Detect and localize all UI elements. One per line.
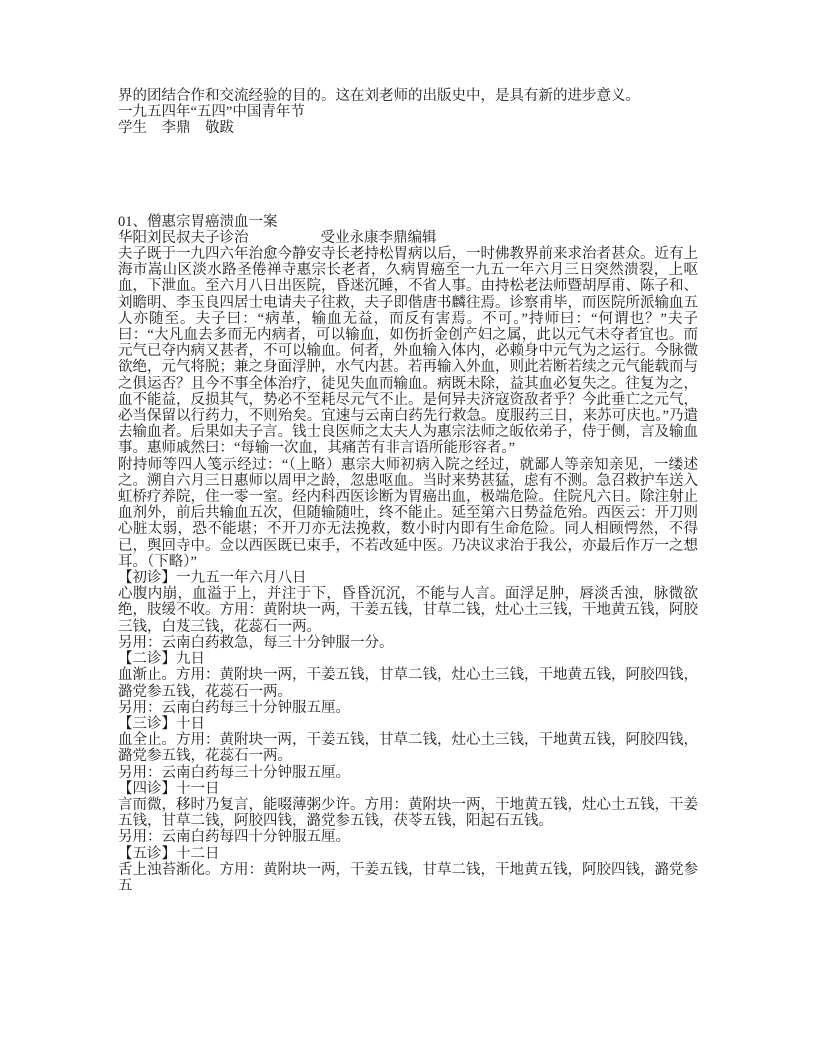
- preface-date-line: 一九五四年“五四”中国青年节: [118, 104, 698, 120]
- prescription-fourth: 言而微，移时乃复言，能啜薄粥少许。方用：黄附块一两，干地黄五钱，灶心土五钱，干姜…: [118, 797, 698, 829]
- preface-signature-line: 学生 李鼎 敬跋: [118, 120, 698, 136]
- visit-heading-second: 【二诊】九日: [118, 651, 698, 667]
- attendants-note-paragraph: 附持师等四人笺示经过：“（上略）惠宗大师初病入院之经过，就鄙人等亲知亲见，一缕述…: [118, 457, 698, 570]
- visit-heading-fifth: 【五诊】十二日: [118, 846, 698, 862]
- prescription-third: 血全止。方用：黄附块一两，干姜五钱，甘草二钱，灶心土三钱，干地黄五钱，阿胶四钱，…: [118, 732, 698, 764]
- document-page: 界的团结合作和交流经验的目的。这在刘老师的出版史中，是具有新的进步意义。一九五四…: [0, 0, 816, 1056]
- prescription-first: 心腹内崩，血溢于上，并注于下，昏昏沉沉，不能与人言。面浮足肿，唇淡舌浊，脉微欲绝…: [118, 586, 698, 635]
- document-body: 界的团结合作和交流经验的目的。这在刘老师的出版史中，是具有新的进步意义。一九五四…: [118, 88, 698, 894]
- adjunct-note-third: 另用：云南白药每三十分钟服五厘。: [118, 765, 698, 781]
- prescription-fifth-truncated: 舌上浊苔渐化。方用：黄附块一两，干姜五钱，甘草二钱，干地黄五钱，阿胶四钱，潞党参…: [118, 862, 698, 894]
- visit-heading-first: 【初诊】一九五一年六月八日: [118, 570, 698, 586]
- byline-physician: 华阳刘民叔夫子诊治: [118, 230, 249, 246]
- adjunct-note-second: 另用：云南白药每三十分钟服五厘。: [118, 700, 698, 716]
- visit-heading-fourth: 【四诊】十一日: [118, 781, 698, 797]
- case-title: 01、僧惠宗胃癌溃血一案: [118, 214, 698, 230]
- adjunct-note-first: 另用：云南白药救急，每三十分钟服一分。: [118, 635, 698, 651]
- vertical-gap: [118, 137, 698, 214]
- adjunct-note-fourth: 另用：云南白药每四十分钟服五厘。: [118, 829, 698, 845]
- prescription-second: 血渐止。方用：黄附块一两，干姜五钱，甘草二钱，灶心土三钱，干地黄五钱，阿胶四钱，…: [118, 667, 698, 699]
- byline: 华阳刘民叔夫子诊治受业永康李鼎编辑: [118, 230, 698, 246]
- byline-editor: 受业永康李鼎编辑: [321, 230, 437, 246]
- visit-heading-third: 【三诊】十日: [118, 716, 698, 732]
- preface-line: 界的团结合作和交流经验的目的。这在刘老师的出版史中，是具有新的进步意义。: [118, 88, 698, 104]
- case-narrative-paragraph: 夫子既于一九四六年治愈今静安寺长老持松胃病以后，一时佛教界前来求治者甚众。近有上…: [118, 246, 698, 457]
